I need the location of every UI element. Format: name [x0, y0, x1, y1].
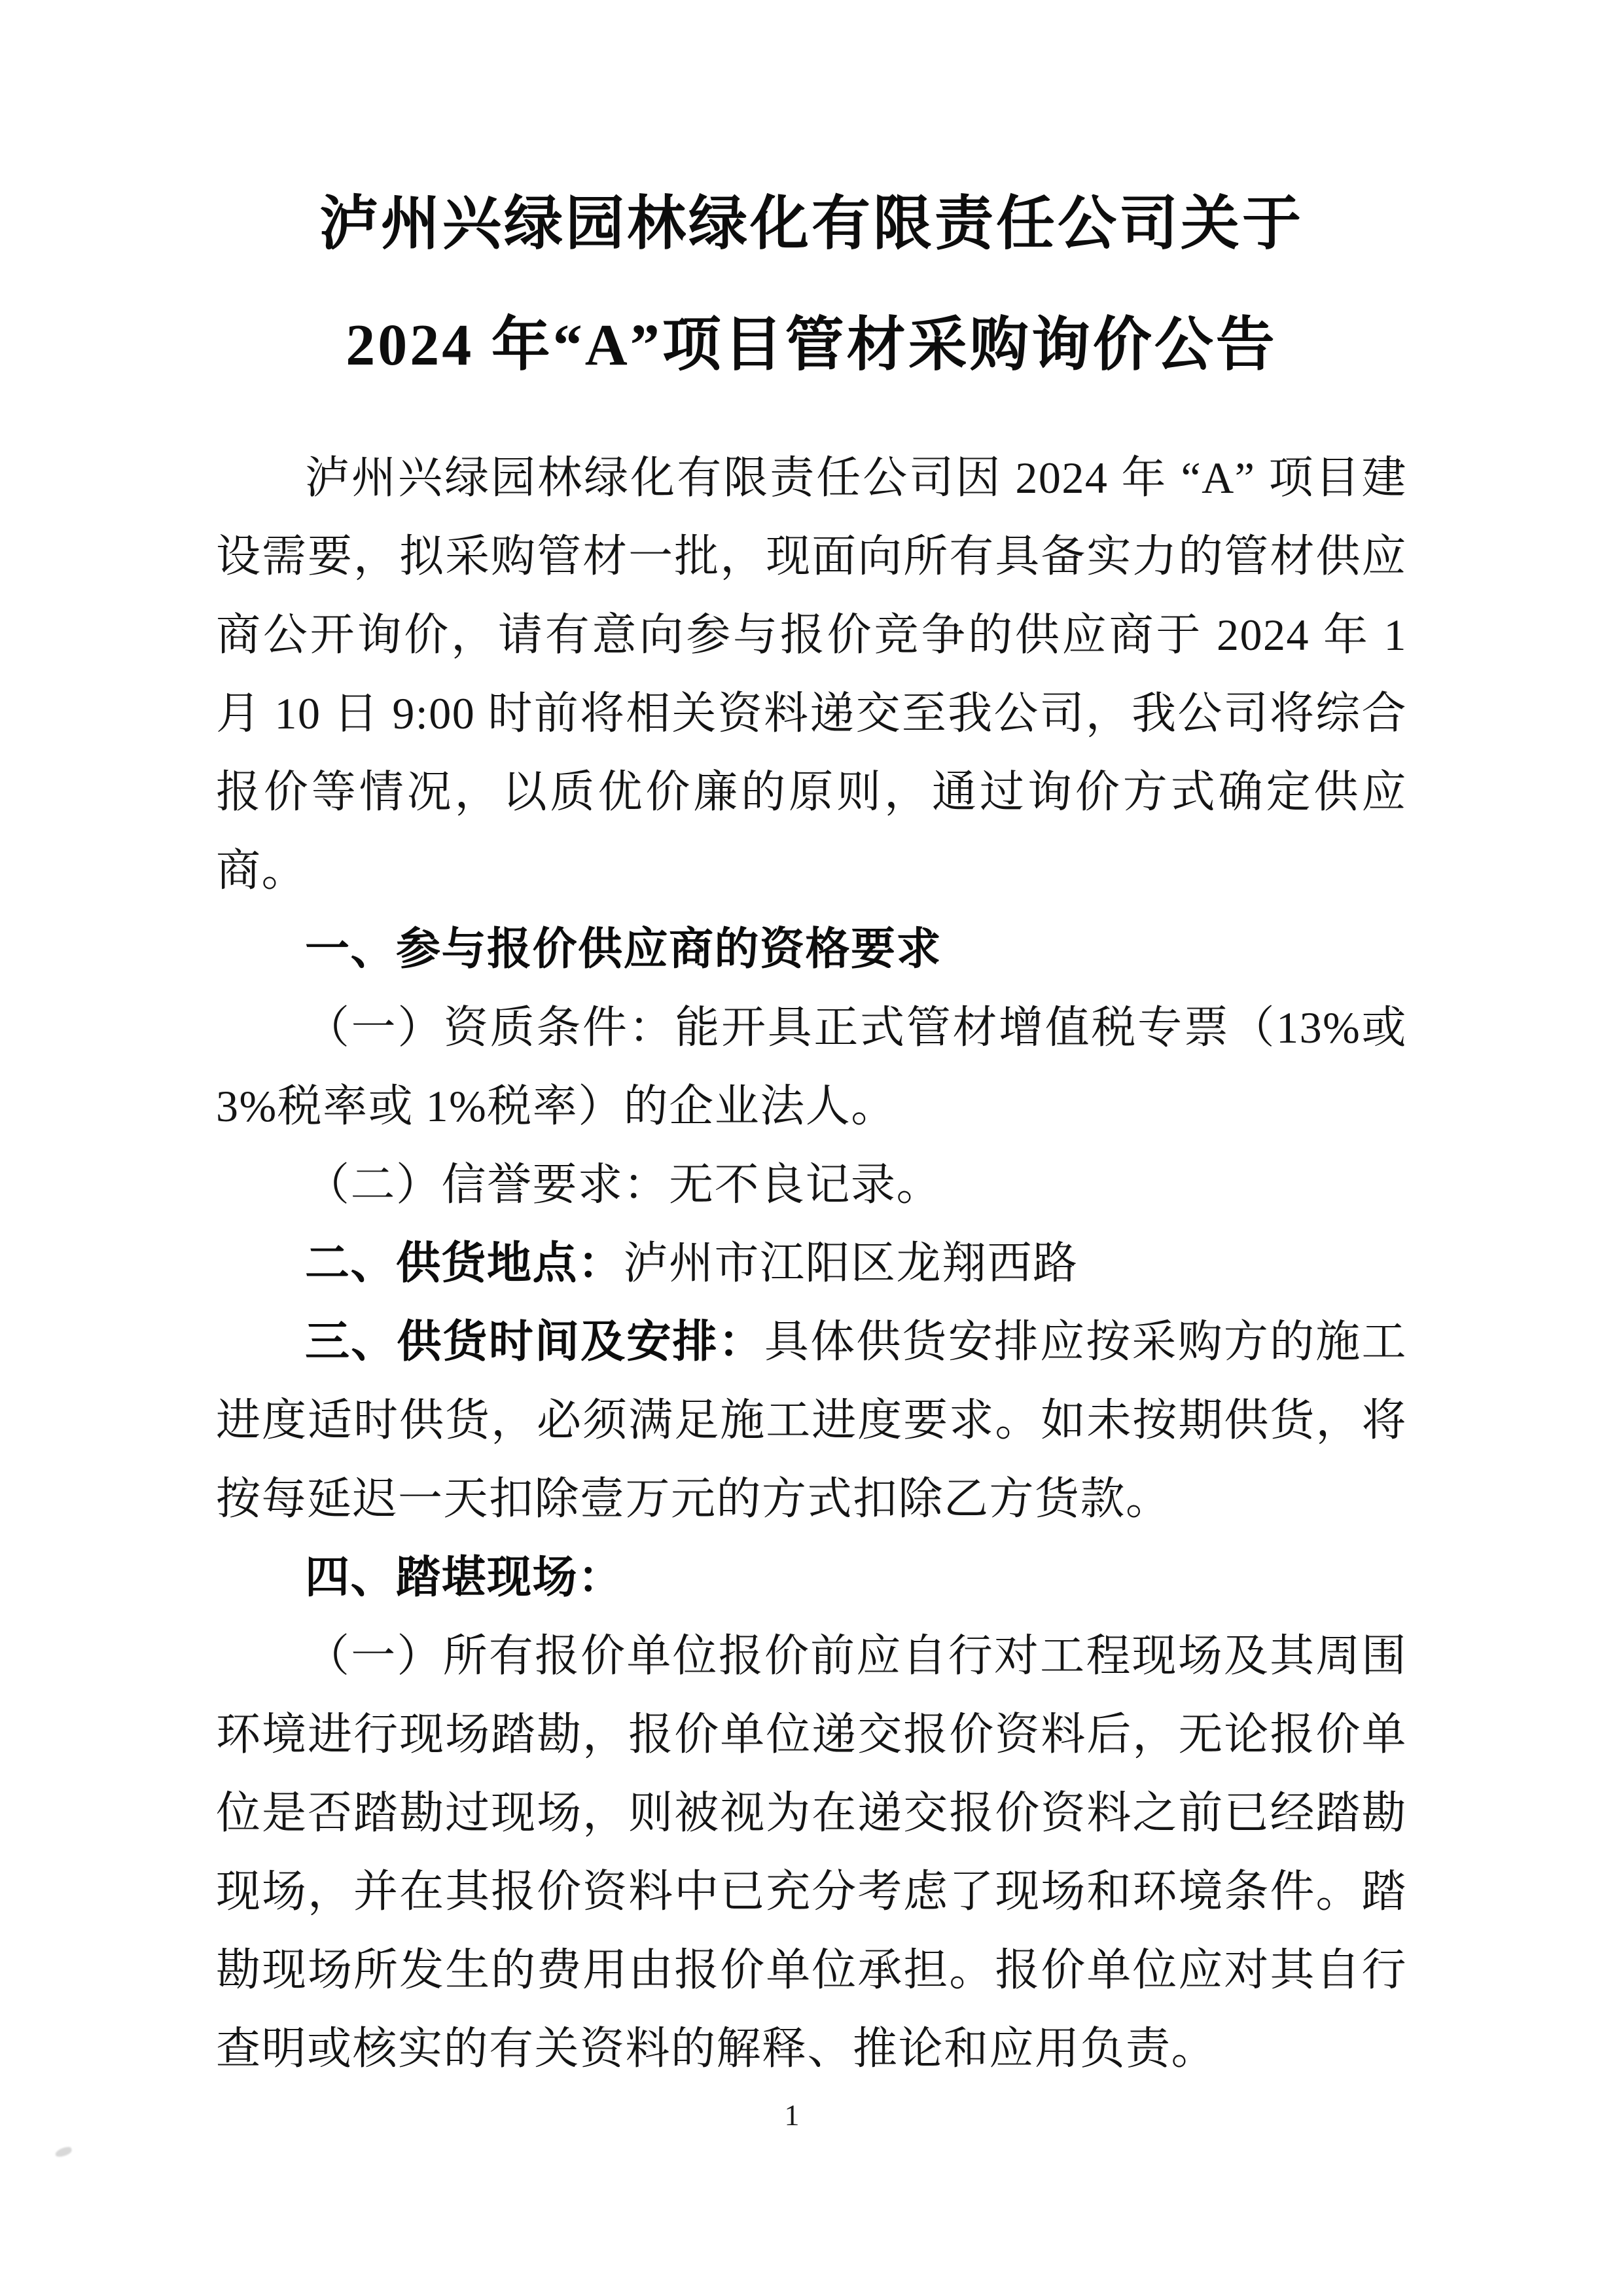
paragraph-intro: 泸州兴绿园林绿化有限责任公司因 2024 年 “A” 项目建设需要，拟采购管材一… [216, 439, 1407, 910]
heading-qualification-requirements-bold: 一、参与报价供应商的资格要求 [305, 924, 942, 974]
paragraph-credit-requirement: （二）信誉要求：无不良记录。 [216, 1145, 1407, 1224]
paragraph-qualification-condition: （一）资质条件：能开具正式管材增值税专票（13%或 3%税率或 1%税率）的企业… [216, 988, 1407, 1145]
heading-delivery-location: 二、供货地点：泸州市江阳区龙翔西路 [216, 1224, 1407, 1302]
paragraph-credit-requirement-text: （二）信誉要求：无不良记录。 [305, 1160, 942, 1210]
page-number: 1 [0, 2098, 1584, 2132]
paragraph-intro-text: 泸州兴绿园林绿化有限责任公司因 2024 年 “A” 项目建设需要，拟采购管材一… [216, 453, 1407, 895]
heading-site-survey-bold: 四、踏堪现场： [305, 1552, 624, 1602]
heading-delivery-schedule-bold: 三、供货时间及安排： [305, 1317, 764, 1367]
heading-delivery-schedule: 三、供货时间及安排：具体供货安排应按采购方的施工进度适时供货，必须满足施工进度要… [216, 1302, 1407, 1538]
heading-delivery-location-text: 泸州市江阳区龙翔西路 [624, 1238, 1079, 1288]
paragraph-site-survey-detail: （一）所有报价单位报价前应自行对工程现场及其周围环境进行现场踏勘，报价单位递交报… [216, 1617, 1407, 2088]
document-title: 泸州兴绿园林绿化有限责任公司关于 2024 年“A”项目管材采购询价公告 [0, 0, 1623, 406]
heading-site-survey: 四、踏堪现场： [216, 1538, 1407, 1617]
paragraph-qualification-condition-text: （一）资质条件：能开具正式管材增值税专票（13%或 3%税率或 1%税率）的企业… [216, 1003, 1407, 1131]
scan-artifact [54, 2145, 73, 2158]
paragraph-site-survey-detail-text: （一）所有报价单位报价前应自行对工程现场及其周围环境进行现场踏勘，报价单位递交报… [216, 1631, 1407, 2073]
title-line-2: 2024 年“A”项目管材采购询价公告 [0, 285, 1623, 406]
heading-delivery-location-bold: 二、供货地点： [305, 1238, 624, 1288]
title-line-1: 泸州兴绿园林绿化有限责任公司关于 [0, 164, 1623, 285]
document-body: 泸州兴绿园林绿化有限责任公司因 2024 年 “A” 项目建设需要，拟采购管材一… [216, 439, 1407, 2088]
heading-qualification-requirements: 一、参与报价供应商的资格要求 [216, 910, 1407, 988]
document-page: 泸州兴绿园林绿化有限责任公司关于 2024 年“A”项目管材采购询价公告 泸州兴… [0, 0, 1623, 2296]
